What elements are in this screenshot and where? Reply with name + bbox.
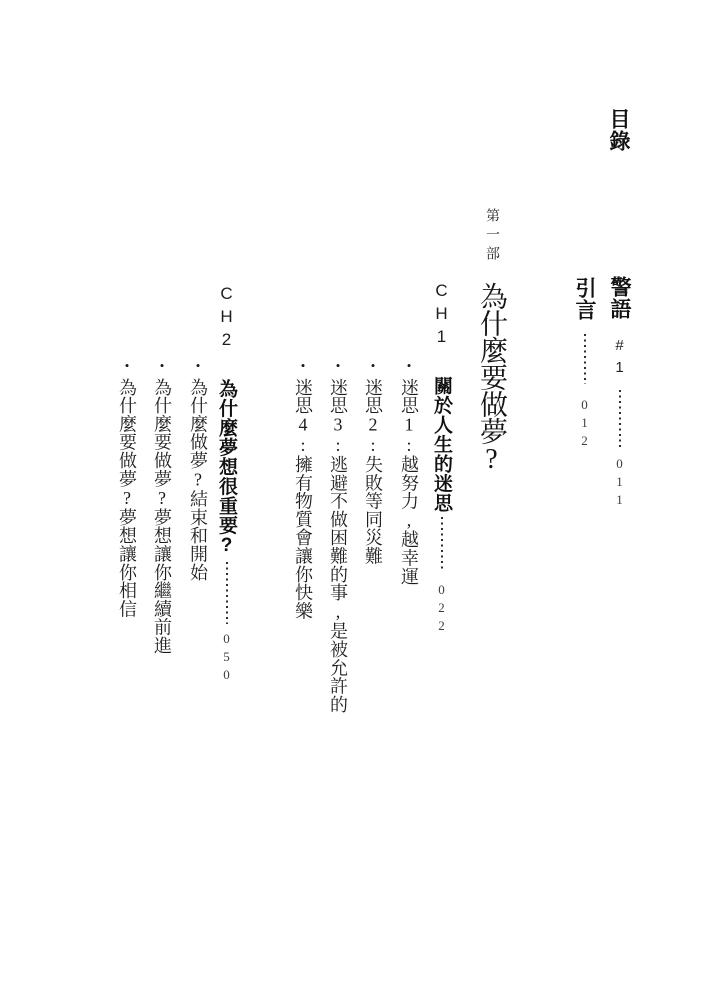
warning-page-number: 011 bbox=[613, 456, 626, 510]
dotted-leader bbox=[619, 390, 621, 448]
bullet-icon: • bbox=[367, 358, 380, 373]
chapter2-item: • 為什麼要做夢?夢想讓你相信 bbox=[118, 358, 136, 618]
chapter1-entry: CH1 關於人生的迷思 022 bbox=[432, 281, 451, 636]
chapter1-item-text: 迷思4:擁有物質會讓你快樂 bbox=[294, 378, 312, 620]
chapter1-title: 關於人生的迷思 bbox=[432, 376, 451, 513]
bullet-icon: • bbox=[121, 358, 134, 373]
chapter1-item: • 迷思4:擁有物質會讓你快樂 bbox=[294, 358, 312, 620]
toc-page: 目錄 警語 #1 011 引言 012 第一部 為什麼要做夢? CH1 關於人生… bbox=[0, 0, 711, 1000]
introduction-page-number: 012 bbox=[578, 397, 591, 451]
bullet-icon: • bbox=[403, 358, 416, 373]
dotted-leader bbox=[226, 562, 228, 624]
chapter1-item-text: 迷思3:逃避不做困難的事,是被允許的 bbox=[329, 378, 347, 713]
part-number-label: 第一部 bbox=[484, 208, 498, 265]
chapter1-item-text: 迷思1:越努力,越幸運 bbox=[400, 378, 418, 585]
toc-title: 目錄 bbox=[608, 108, 629, 152]
chapter2-number: CH2 bbox=[218, 284, 235, 353]
bullet-icon: • bbox=[192, 358, 205, 373]
chapter1-page-number: 022 bbox=[435, 582, 448, 636]
chapter2-page-number: 050 bbox=[220, 631, 233, 685]
chapter2-item-text: 為什麼做夢?結束和開始 bbox=[189, 378, 207, 581]
front-matter-entry-warning: 警語 #1 011 bbox=[609, 276, 630, 510]
chapter2-item: • 為什麼做夢?結束和開始 bbox=[189, 358, 207, 581]
chapter2-entry: CH2 為什麼夢想很重要? 050 bbox=[217, 284, 236, 685]
introduction-label: 引言 bbox=[574, 277, 595, 321]
part-title: 為什麼要做夢? bbox=[477, 282, 505, 474]
warning-label: 警語 bbox=[609, 276, 630, 320]
chapter1-item-text: 迷思2:失敗等同災難 bbox=[364, 378, 382, 565]
bullet-icon: • bbox=[156, 358, 169, 373]
chapter2-title: 為什麼夢想很重要? bbox=[217, 379, 236, 557]
chapter1-number: CH1 bbox=[433, 281, 450, 350]
bullet-icon: • bbox=[297, 358, 310, 373]
bullet-icon: • bbox=[332, 358, 345, 373]
toc-heading: 目錄 bbox=[608, 108, 629, 152]
dotted-leader bbox=[584, 334, 586, 384]
warning-sub-label: #1 bbox=[612, 337, 627, 381]
dotted-leader bbox=[441, 517, 443, 569]
chapter2-item-text: 為什麼要做夢?夢想讓你繼續前進 bbox=[153, 378, 171, 655]
chapter2-item: • 為什麼要做夢?夢想讓你繼續前進 bbox=[153, 358, 171, 655]
chapter1-item: • 迷思1:越努力,越幸運 bbox=[400, 358, 418, 585]
front-matter-entry-introduction: 引言 012 bbox=[574, 277, 595, 451]
chapter1-item: • 迷思2:失敗等同災難 bbox=[364, 358, 382, 565]
part-one-heading: 第一部 為什麼要做夢? bbox=[477, 208, 505, 474]
chapter2-item-text: 為什麼要做夢?夢想讓你相信 bbox=[118, 378, 136, 618]
chapter1-item: • 迷思3:逃避不做困難的事,是被允許的 bbox=[329, 358, 347, 713]
